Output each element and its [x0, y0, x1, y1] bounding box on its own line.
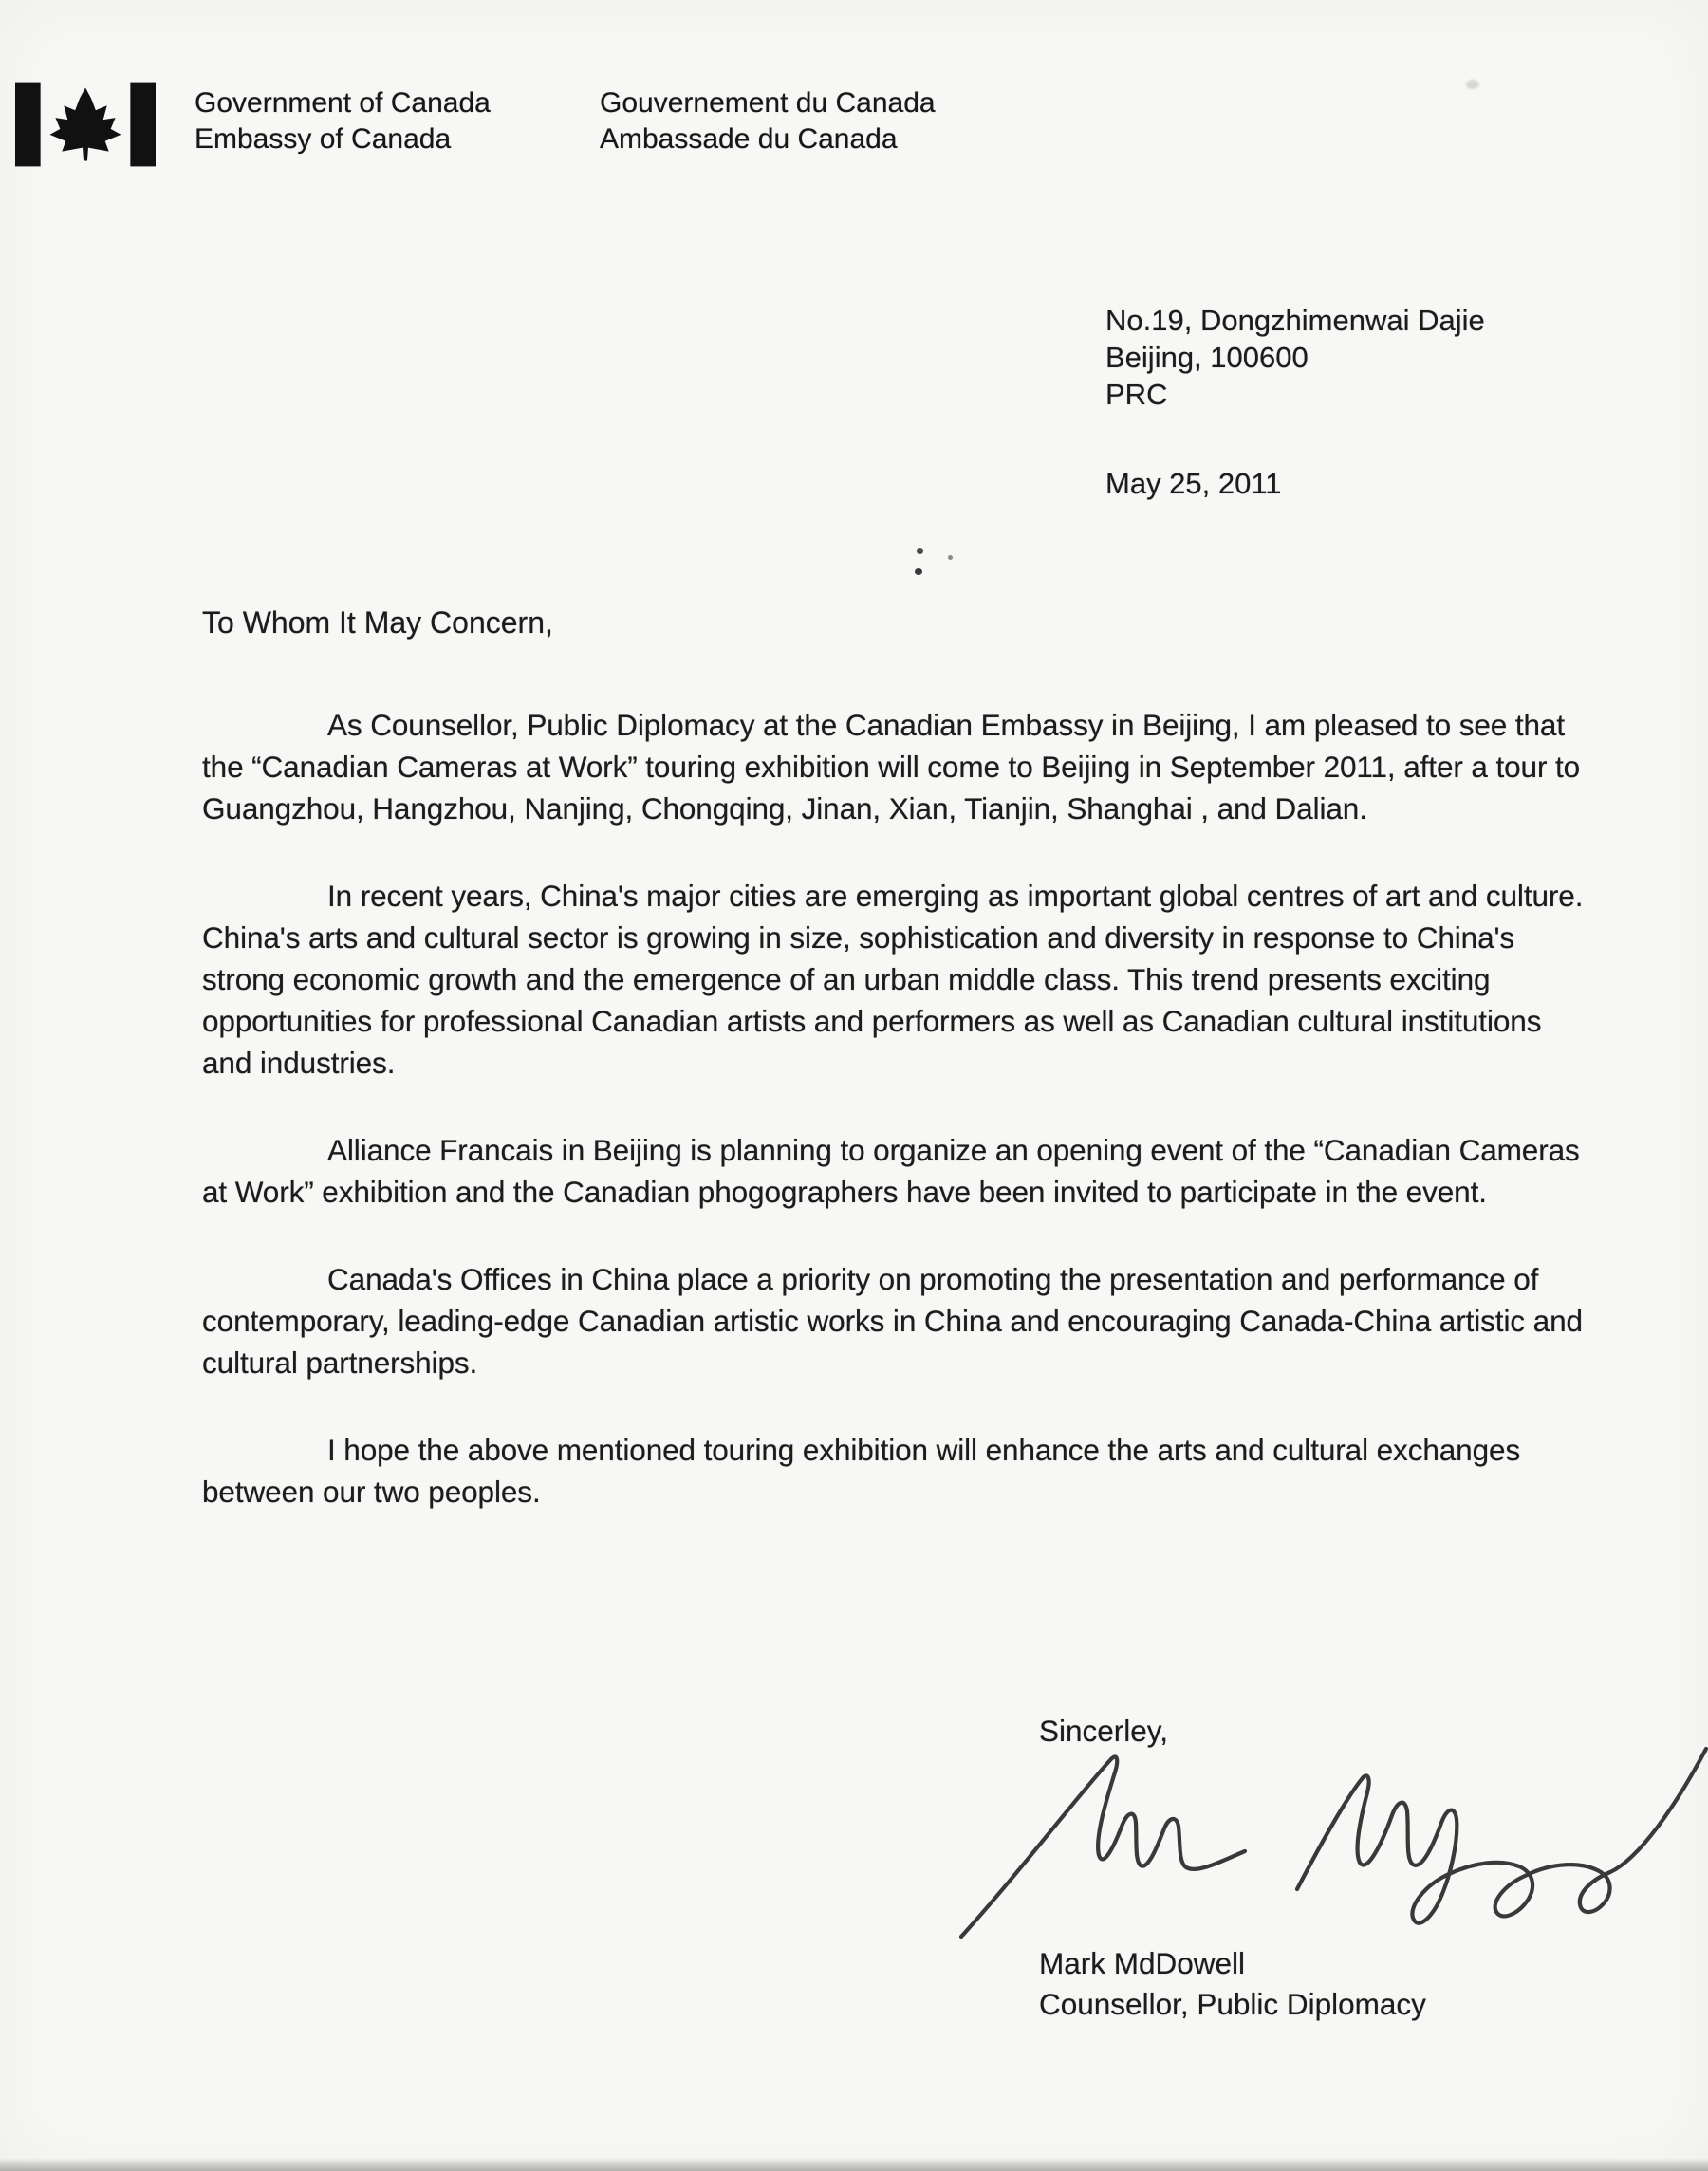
paragraph-3: Alliance Francais in Beijing is planning… [202, 1129, 1597, 1213]
scan-bottom-edge-shadow [0, 2158, 1708, 2171]
sender-address-block: No.19, Dongzhimenwai Dajie Beijing, 1006… [1105, 302, 1485, 413]
scan-smudge [1466, 80, 1479, 89]
gouvernement-du-canada-label: Gouvernement du Canada [600, 85, 936, 121]
scan-speck [917, 548, 923, 554]
letterhead-english: Government of Canada Embassy of Canada [195, 85, 491, 158]
embassy-of-canada-label: Embassy of Canada [195, 121, 491, 158]
scan-speck [948, 555, 953, 560]
scanned-letter-page: Government of Canada Embassy of Canada G… [0, 0, 1708, 2171]
ambassade-du-canada-label: Ambassade du Canada [600, 121, 936, 158]
paragraph-1: As Counsellor, Public Diplomacy at the C… [202, 704, 1597, 829]
signature-handwriting [954, 1739, 1708, 1940]
signer-title: Counsellor, Public Diplomacy [1039, 1984, 1426, 2025]
government-of-canada-label: Government of Canada [195, 85, 491, 121]
paragraph-5: I hope the above mentioned touring exhib… [202, 1429, 1597, 1512]
letterhead-french: Gouvernement du Canada Ambassade du Cana… [600, 85, 936, 158]
canada-flag-icon [15, 82, 156, 167]
address-line-country: PRC [1105, 376, 1485, 413]
paragraph-2: In recent years, China's major cities ar… [202, 875, 1597, 1084]
letter-date: May 25, 2011 [1105, 467, 1282, 501]
signature-block: Mark MdDowell Counsellor, Public Diploma… [1039, 1943, 1426, 2025]
salutation: To Whom It May Concern, [202, 605, 553, 640]
paragraph-4: Canada's Offices in China place a priori… [202, 1258, 1597, 1383]
scan-speck [915, 568, 922, 575]
address-line-city: Beijing, 100600 [1105, 339, 1485, 376]
letter-body: As Counsellor, Public Diplomacy at the C… [202, 704, 1597, 1558]
signer-name: Mark MdDowell [1039, 1943, 1426, 1984]
address-line-street: No.19, Dongzhimenwai Dajie [1105, 302, 1485, 339]
